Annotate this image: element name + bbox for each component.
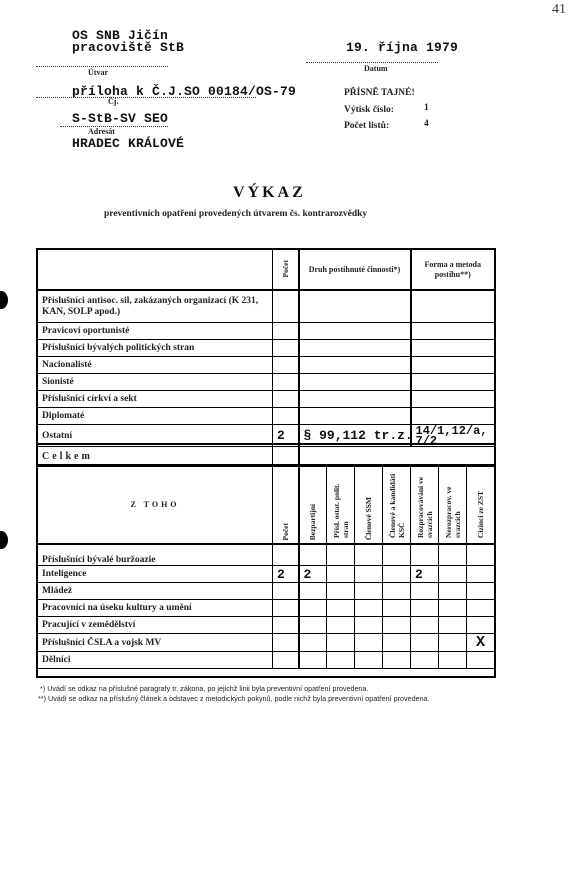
sender-line-2: pracoviště StB bbox=[72, 40, 184, 55]
row-form bbox=[411, 391, 495, 408]
section-divider bbox=[36, 464, 495, 466]
cell-foreigners-x-mark: X bbox=[467, 634, 495, 652]
row-form bbox=[411, 357, 495, 374]
cell-other-parties bbox=[327, 600, 355, 617]
row-count bbox=[273, 391, 299, 408]
row-label: Sionisté bbox=[38, 374, 273, 391]
table-row: Příslušníci ČSLA a vojsk MV X bbox=[38, 634, 495, 652]
row-activity bbox=[299, 408, 411, 425]
row-count bbox=[273, 357, 299, 374]
row-form bbox=[411, 291, 495, 323]
cell-processed bbox=[411, 583, 439, 600]
row-count bbox=[273, 374, 299, 391]
cell-non-party bbox=[299, 583, 327, 600]
sender-underline bbox=[36, 66, 168, 67]
upper-table: Počet Druh postihnuté činnosti*) Forma a… bbox=[37, 249, 495, 467]
row-count bbox=[273, 323, 299, 340]
table-row: Mládež bbox=[38, 583, 495, 600]
cell-ksc bbox=[383, 566, 411, 583]
page-number: 41 bbox=[552, 2, 566, 18]
date-label: Datum bbox=[364, 64, 388, 73]
cell-not-processed bbox=[439, 544, 467, 566]
page-count-value: 4 bbox=[424, 119, 429, 129]
row-label: Dělníci bbox=[38, 652, 273, 669]
total-divider bbox=[36, 443, 495, 445]
header-label: Počet bbox=[281, 523, 290, 541]
cell-count: 2 bbox=[273, 566, 299, 583]
cell-ssm bbox=[355, 566, 383, 583]
table-row: Nacionalisté bbox=[38, 357, 495, 374]
cell-not-processed bbox=[439, 566, 467, 583]
row-label: Příslušníci církví a sekt bbox=[38, 391, 273, 408]
reference-label: Čj. bbox=[108, 97, 118, 106]
cell-processed bbox=[411, 634, 439, 652]
table-row: Sionisté bbox=[38, 374, 495, 391]
lower-table-header: Z TOHO Počet Bezpartijní Přísl. ostat. p… bbox=[38, 466, 495, 544]
header-label: Cizinci ze ZST bbox=[476, 491, 485, 538]
cell-non-party bbox=[299, 652, 327, 669]
header-processed-in-files: Rozpracovávání ve svazcích bbox=[411, 466, 439, 544]
cell-not-processed bbox=[439, 634, 467, 652]
cell-non-party bbox=[299, 544, 327, 566]
row-label: Příslušníci bývalé buržoazie bbox=[38, 544, 273, 566]
cell-non-party bbox=[299, 600, 327, 617]
cell-count bbox=[273, 544, 299, 566]
row-label: Pracovníci na úseku kultury a umění bbox=[38, 600, 273, 617]
table-row: Inteligence 2 2 2 bbox=[38, 566, 495, 583]
header-not-processed-in-files: Nerozpracov. ve svazcích bbox=[439, 466, 467, 544]
cell-foreigners bbox=[467, 544, 495, 566]
row-form bbox=[411, 374, 495, 391]
cell-foreigners bbox=[467, 600, 495, 617]
section-label: Z TOHO bbox=[38, 466, 273, 544]
header-label: Přísl. ostat. polit. stran bbox=[332, 483, 350, 538]
document-subtitle: preventivních opatření provedených útvar… bbox=[104, 209, 367, 219]
cell-ksc bbox=[383, 617, 411, 634]
table-row: Příslušníci církví a sekt bbox=[38, 391, 495, 408]
table-row: Pracovníci na úseku kultury a umění bbox=[38, 600, 495, 617]
cell-processed bbox=[411, 544, 439, 566]
cell-other-parties bbox=[327, 652, 355, 669]
cell-count bbox=[273, 600, 299, 617]
punch-hole-top bbox=[0, 291, 8, 309]
cell-non-party bbox=[299, 617, 327, 634]
header-label: Rozpracovávání ve svazcích bbox=[416, 468, 434, 538]
cell-processed: 2 bbox=[411, 566, 439, 583]
row-label: Příslušníci bývalých politických stran bbox=[38, 340, 273, 357]
cell-foreigners bbox=[467, 617, 495, 634]
header-label: Členové SSM bbox=[364, 497, 373, 540]
cell-ssm bbox=[355, 600, 383, 617]
cell-ksc bbox=[383, 583, 411, 600]
row-activity bbox=[299, 291, 411, 323]
header-foreigners-zst: Cizinci ze ZST bbox=[467, 466, 495, 544]
cell-ssm bbox=[355, 634, 383, 652]
footnote-2: **) Uvádí se odkaz na příslušný článek a… bbox=[38, 694, 500, 703]
header-other-parties: Přísl. ostat. polit. stran bbox=[327, 466, 355, 544]
cell-other-parties bbox=[327, 566, 355, 583]
cell-ksc bbox=[383, 544, 411, 566]
cell-count bbox=[273, 634, 299, 652]
cell-other-parties bbox=[327, 634, 355, 652]
copy-number-label: Výtisk číslo: bbox=[344, 105, 394, 115]
cell-ssm bbox=[355, 583, 383, 600]
cell-non-party: 2 bbox=[299, 566, 327, 583]
cell-count bbox=[273, 652, 299, 669]
cell-other-parties bbox=[327, 617, 355, 634]
document-title: VÝKAZ bbox=[233, 184, 306, 202]
addressee-line-1: S-StB-SV SEO bbox=[72, 111, 168, 126]
header-divider bbox=[36, 289, 495, 291]
table-row: Pracující v zemědělství bbox=[38, 617, 495, 634]
document-date: 19. října 1979 bbox=[346, 40, 458, 55]
cell-foreigners bbox=[467, 566, 495, 583]
row-count bbox=[273, 340, 299, 357]
row-label: Inteligence bbox=[38, 566, 273, 583]
cell-not-processed bbox=[439, 583, 467, 600]
row-activity bbox=[299, 391, 411, 408]
row-label: Mládež bbox=[38, 583, 273, 600]
row-activity bbox=[299, 340, 411, 357]
cell-other-parties bbox=[327, 583, 355, 600]
cell-not-processed bbox=[439, 600, 467, 617]
header-count: Počet bbox=[273, 466, 299, 544]
header-activity-type: Druh postihnuté činnosti*) bbox=[299, 250, 411, 291]
footnote-text: Uvádí se odkaz na příslušné paragrafy tr… bbox=[47, 684, 368, 693]
lower-header-divider bbox=[36, 543, 495, 545]
cell-non-party bbox=[299, 634, 327, 652]
cell-processed bbox=[411, 617, 439, 634]
classification-stamp: PŘÍSNĚ TAJNÉ! bbox=[344, 88, 415, 98]
header-label: Nerozpracov. ve svazcích bbox=[444, 478, 462, 538]
page-count-label: Počet listů: bbox=[344, 121, 389, 131]
footnote-1: *) Uvádí se odkaz na příslušné paragrafy… bbox=[40, 684, 510, 693]
cell-not-processed bbox=[439, 652, 467, 669]
row-label: Příslušníci antisoc. sil, zakázaných org… bbox=[38, 291, 273, 323]
row-activity bbox=[299, 374, 411, 391]
header-blank-cell bbox=[38, 250, 273, 291]
row-form bbox=[411, 323, 495, 340]
row-label: Pravicoví oportunisté bbox=[38, 323, 273, 340]
upper-table-header: Počet Druh postihnuté činnosti*) Forma a… bbox=[38, 250, 495, 291]
sender-label: Útvar bbox=[88, 68, 108, 77]
cell-processed bbox=[411, 600, 439, 617]
reference-number: příloha k Č.J.SO 00184/OS-79 bbox=[72, 84, 296, 99]
header-ksc-members: Členové a kandidáti KSČ bbox=[383, 466, 411, 544]
cell-count bbox=[273, 583, 299, 600]
row-activity bbox=[299, 323, 411, 340]
cell-ssm bbox=[355, 652, 383, 669]
cell-foreigners bbox=[467, 652, 495, 669]
table-row: Dělníci bbox=[38, 652, 495, 669]
header-count: Počet bbox=[273, 250, 299, 291]
cell-ksc bbox=[383, 652, 411, 669]
cell-other-parties bbox=[327, 544, 355, 566]
footnote-mark: *) bbox=[40, 684, 45, 693]
row-form bbox=[411, 340, 495, 357]
row-activity bbox=[299, 357, 411, 374]
row-count bbox=[273, 291, 299, 323]
row-count bbox=[273, 408, 299, 425]
date-underline bbox=[306, 62, 438, 63]
cell-count bbox=[273, 617, 299, 634]
header-label: Bezpartijní bbox=[308, 504, 317, 540]
table-row: Pravicoví oportunisté bbox=[38, 323, 495, 340]
punch-hole-bottom bbox=[0, 531, 8, 549]
header-count-label: Počet bbox=[281, 260, 290, 278]
row-label: Příslušníci ČSLA a vojsk MV bbox=[38, 634, 273, 652]
addressee-line-2: HRADEC KRÁLOVÉ bbox=[72, 136, 184, 151]
table-row: Příslušníci antisoc. sil, zakázaných org… bbox=[38, 291, 495, 323]
cell-processed bbox=[411, 652, 439, 669]
row-label: Pracující v zemědělství bbox=[38, 617, 273, 634]
header-non-party: Bezpartijní bbox=[299, 466, 327, 544]
cell-ksc bbox=[383, 634, 411, 652]
row-label: Diplomaté bbox=[38, 408, 273, 425]
row-form bbox=[411, 408, 495, 425]
table-row: Diplomaté bbox=[38, 408, 495, 425]
header-form-method: Forma a metoda postihu**) bbox=[411, 250, 495, 291]
addressee-label: Adresát bbox=[88, 127, 115, 136]
cell-ksc bbox=[383, 600, 411, 617]
header-label: Členové a kandidáti KSČ bbox=[388, 468, 406, 538]
cell-ssm bbox=[355, 544, 383, 566]
footnote-mark: **) bbox=[38, 694, 46, 703]
header-ssm-members: Členové SSM bbox=[355, 466, 383, 544]
cell-foreigners bbox=[467, 583, 495, 600]
cell-ssm bbox=[355, 617, 383, 634]
table-row: Příslušníci bývalé buržoazie bbox=[38, 544, 495, 566]
row-label: Nacionalisté bbox=[38, 357, 273, 374]
copy-number-value: 1 bbox=[424, 103, 429, 113]
table-row: Příslušníci bývalých politických stran bbox=[38, 340, 495, 357]
lower-table: Z TOHO Počet Bezpartijní Přísl. ostat. p… bbox=[37, 465, 495, 669]
footnote-text: Uvádí se odkaz na příslušný článek a ods… bbox=[48, 694, 430, 703]
cell-not-processed bbox=[439, 617, 467, 634]
